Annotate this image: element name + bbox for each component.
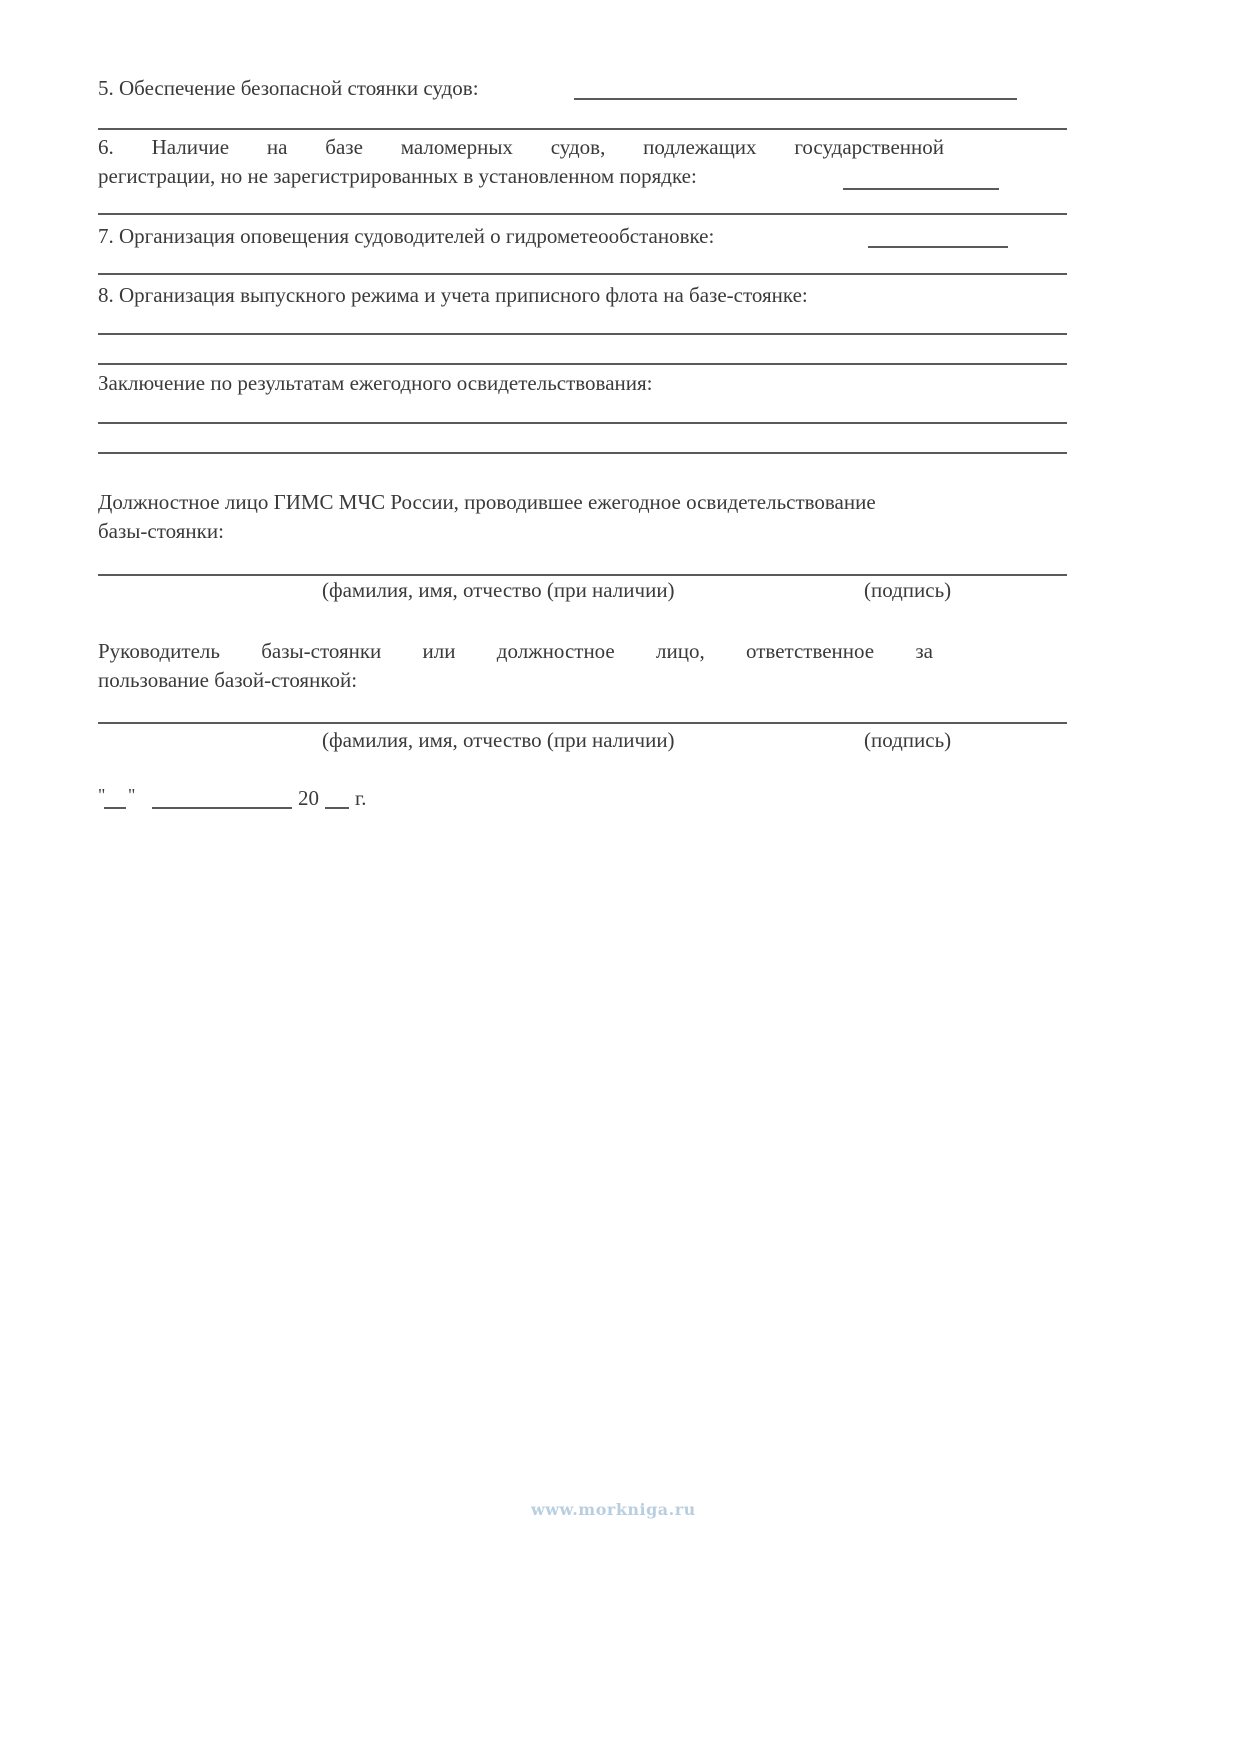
inspector-signature-caption: (подпись) [864,577,951,603]
item-6-label-line2: регистрации, но не зарегистрированных в … [98,162,697,190]
conclusion-line-1[interactable] [98,422,1067,424]
item-8-answer-line-1[interactable] [98,333,1067,335]
manager-name-caption: (фамилия, имя, отчество (при наличии) [322,727,675,753]
item-7-label: 7. Организация оповещения судоводителей … [98,222,714,250]
item-5-label: 5. Обеспечение безопасной стоянки судов: [98,74,479,102]
manager-label-line1: Руководитель базы-стоянки или должностно… [98,637,933,665]
inspector-signature-line[interactable] [98,574,1067,576]
item-5-inline-field[interactable] [574,98,1017,100]
inspector-name-caption: (фамилия, имя, отчество (при наличии) [322,577,675,603]
date-year-field[interactable] [325,807,349,809]
date-quote-close: " [128,785,135,806]
inspector-label-line1: Должностное лицо ГИМС МЧС России, провод… [98,488,876,516]
manager-signature-line[interactable] [98,722,1067,724]
conclusion-label: Заключение по результатам ежегодного осв… [98,369,652,397]
item-8-answer-line-2[interactable] [98,363,1067,365]
item-6-inline-field[interactable] [843,188,999,190]
item-5-answer-line[interactable] [98,128,1067,130]
watermark-text: www.morkniga.ru [531,1500,696,1519]
item-8-label: 8. Организация выпускного режима и учета… [98,281,808,309]
item-6-label-line1: 6. Наличие на базе маломерных судов, под… [98,133,944,161]
date-year-suffix: г. [355,786,367,811]
inspector-label-line2: базы-стоянки: [98,517,224,545]
manager-signature-caption: (подпись) [864,727,951,753]
item-6-answer-line[interactable] [98,213,1067,215]
item-7-answer-line[interactable] [98,273,1067,275]
item-7-inline-field[interactable] [868,246,1008,248]
date-day-field[interactable] [104,807,126,809]
manager-label-line2: пользование базой-стоянкой: [98,666,357,694]
conclusion-line-2[interactable] [98,452,1067,454]
date-month-field[interactable] [152,807,292,809]
date-year-prefix: 20 [298,786,319,811]
date-quote-open: " [98,785,105,806]
